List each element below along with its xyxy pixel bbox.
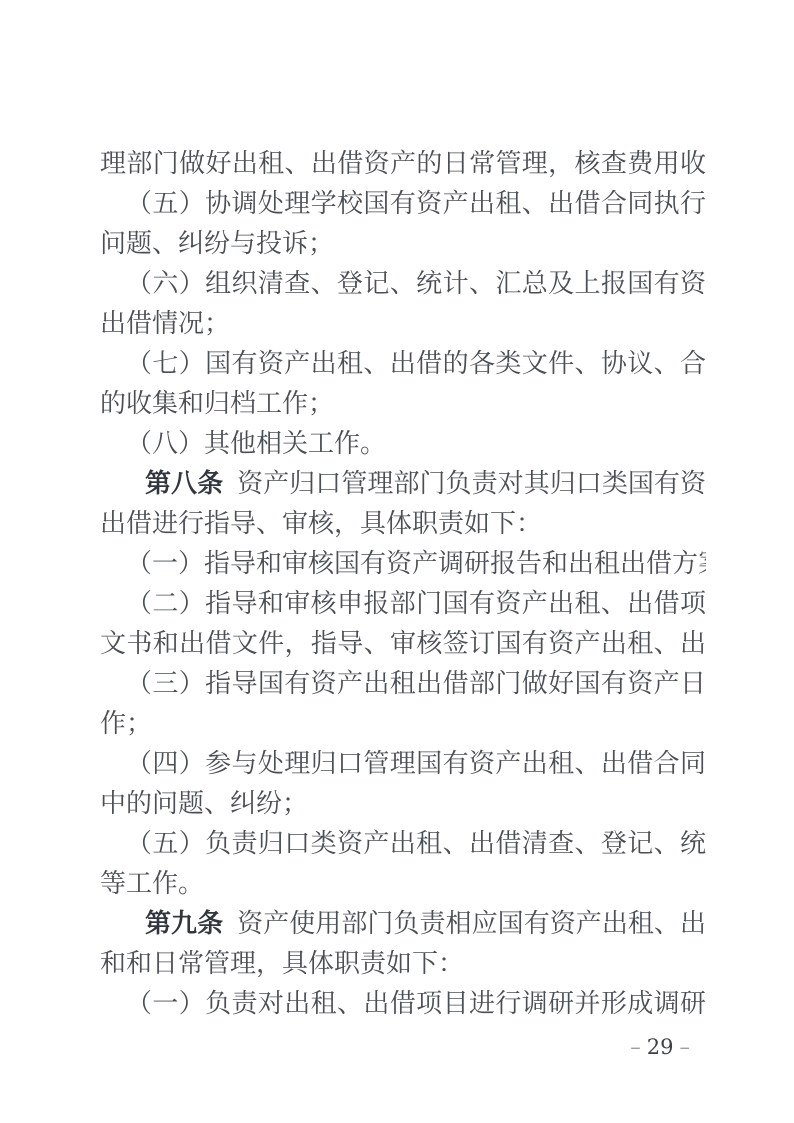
text-line: 理部门做好出租、出借资产的日常管理，核查费用收取情况； bbox=[100, 144, 706, 184]
line-text: 的收集和归档工作； bbox=[100, 389, 334, 419]
page-number-dash-right: – bbox=[680, 1035, 691, 1059]
line-text: 作； bbox=[100, 709, 152, 739]
line-text: 理部门做好出租、出借资产的日常管理，核查费用收取情况； bbox=[100, 149, 706, 184]
document-page: 理部门做好出租、出借资产的日常管理，核查费用收取情况；（五）协调处理学校国有资产… bbox=[0, 0, 794, 1123]
line-text: 出借情况； bbox=[100, 309, 230, 339]
text-line: （四）参与处理归口管理国有资产出租、出借合同执行过程 bbox=[100, 744, 706, 784]
text-line: 第九条资产使用部门负责相应国有资产出租、出借的申报 bbox=[100, 904, 706, 944]
text-line: 出借进行指导、审核，具体职责如下： bbox=[100, 504, 706, 544]
article-number: 第九条 bbox=[145, 909, 223, 939]
text-line: 第八条资产归口管理部门负责对其归口类国有资产出租、 bbox=[100, 464, 706, 504]
text-line: （一）负责对出租、出借项目进行调研并形成调研报告，重 bbox=[100, 984, 706, 1024]
page-number: –29– bbox=[624, 1034, 696, 1060]
line-text: 中的问题、纠纷； bbox=[100, 789, 308, 819]
line-text: 文书和出借文件，指导、审核签订国有资产出租、出借合同； bbox=[100, 629, 706, 664]
line-text: （五）协调处理学校国有资产出租、出借合同执行过程中的 bbox=[100, 189, 706, 224]
text-line: （三）指导国有资产出租出借部门做好国有资产日常管理工 bbox=[100, 664, 706, 704]
line-text: （一）指导和审核国有资产调研报告和出租出借方案； bbox=[126, 549, 706, 579]
text-line: 中的问题、纠纷； bbox=[100, 784, 706, 824]
line-text: 问题、纠纷与投诉； bbox=[100, 229, 334, 259]
line-text: （五）负责归口类资产出租、出借清查、登记、统计、汇总 bbox=[100, 829, 706, 864]
line-text: （八）其他相关工作。 bbox=[126, 429, 386, 459]
line-text: 等工作。 bbox=[100, 869, 204, 899]
page-number-value: 29 bbox=[647, 1035, 674, 1059]
text-line: （五）负责归口类资产出租、出借清查、登记、统计、汇总 bbox=[100, 824, 706, 864]
text-line: 出借情况； bbox=[100, 304, 706, 344]
text-line: 作； bbox=[100, 704, 706, 744]
line-text: （六）组织清查、登记、统计、汇总及上报国有资产出租、 bbox=[100, 269, 706, 304]
line-text: （二）指导和审核申报部门国有资产出租、出借项目的招租 bbox=[100, 589, 706, 624]
line-text: （四）参与处理归口管理国有资产出租、出借合同执行过程 bbox=[100, 749, 706, 784]
line-text: （七）国有资产出租、出借的各类文件、协议、合同等资料 bbox=[100, 349, 706, 384]
line-text: （三）指导国有资产出租出借部门做好国有资产日常管理工 bbox=[100, 669, 706, 704]
text-line: 问题、纠纷与投诉； bbox=[100, 224, 706, 264]
document-body: 理部门做好出租、出借资产的日常管理，核查费用收取情况；（五）协调处理学校国有资产… bbox=[100, 144, 706, 1024]
article-number: 第八条 bbox=[145, 469, 223, 499]
text-line: （五）协调处理学校国有资产出租、出借合同执行过程中的 bbox=[100, 184, 706, 224]
text-line: （八）其他相关工作。 bbox=[100, 424, 706, 464]
line-text: 和和日常管理，具体职责如下： bbox=[100, 949, 464, 979]
text-line: 等工作。 bbox=[100, 864, 706, 904]
text-line: 的收集和归档工作； bbox=[100, 384, 706, 424]
text-line: （七）国有资产出租、出借的各类文件、协议、合同等资料 bbox=[100, 344, 706, 384]
text-line: （六）组织清查、登记、统计、汇总及上报国有资产出租、 bbox=[100, 264, 706, 304]
line-text: （一）负责对出租、出借项目进行调研并形成调研报告，重 bbox=[100, 989, 706, 1024]
text-line: 文书和出借文件，指导、审核签订国有资产出租、出借合同； bbox=[100, 624, 706, 664]
page-number-dash-left: – bbox=[630, 1035, 641, 1059]
text-line: （二）指导和审核申报部门国有资产出租、出借项目的招租 bbox=[100, 584, 706, 624]
text-line: 和和日常管理，具体职责如下： bbox=[100, 944, 706, 984]
text-line: （一）指导和审核国有资产调研报告和出租出借方案； bbox=[100, 544, 706, 584]
line-text: 出借进行指导、审核，具体职责如下： bbox=[100, 509, 542, 539]
